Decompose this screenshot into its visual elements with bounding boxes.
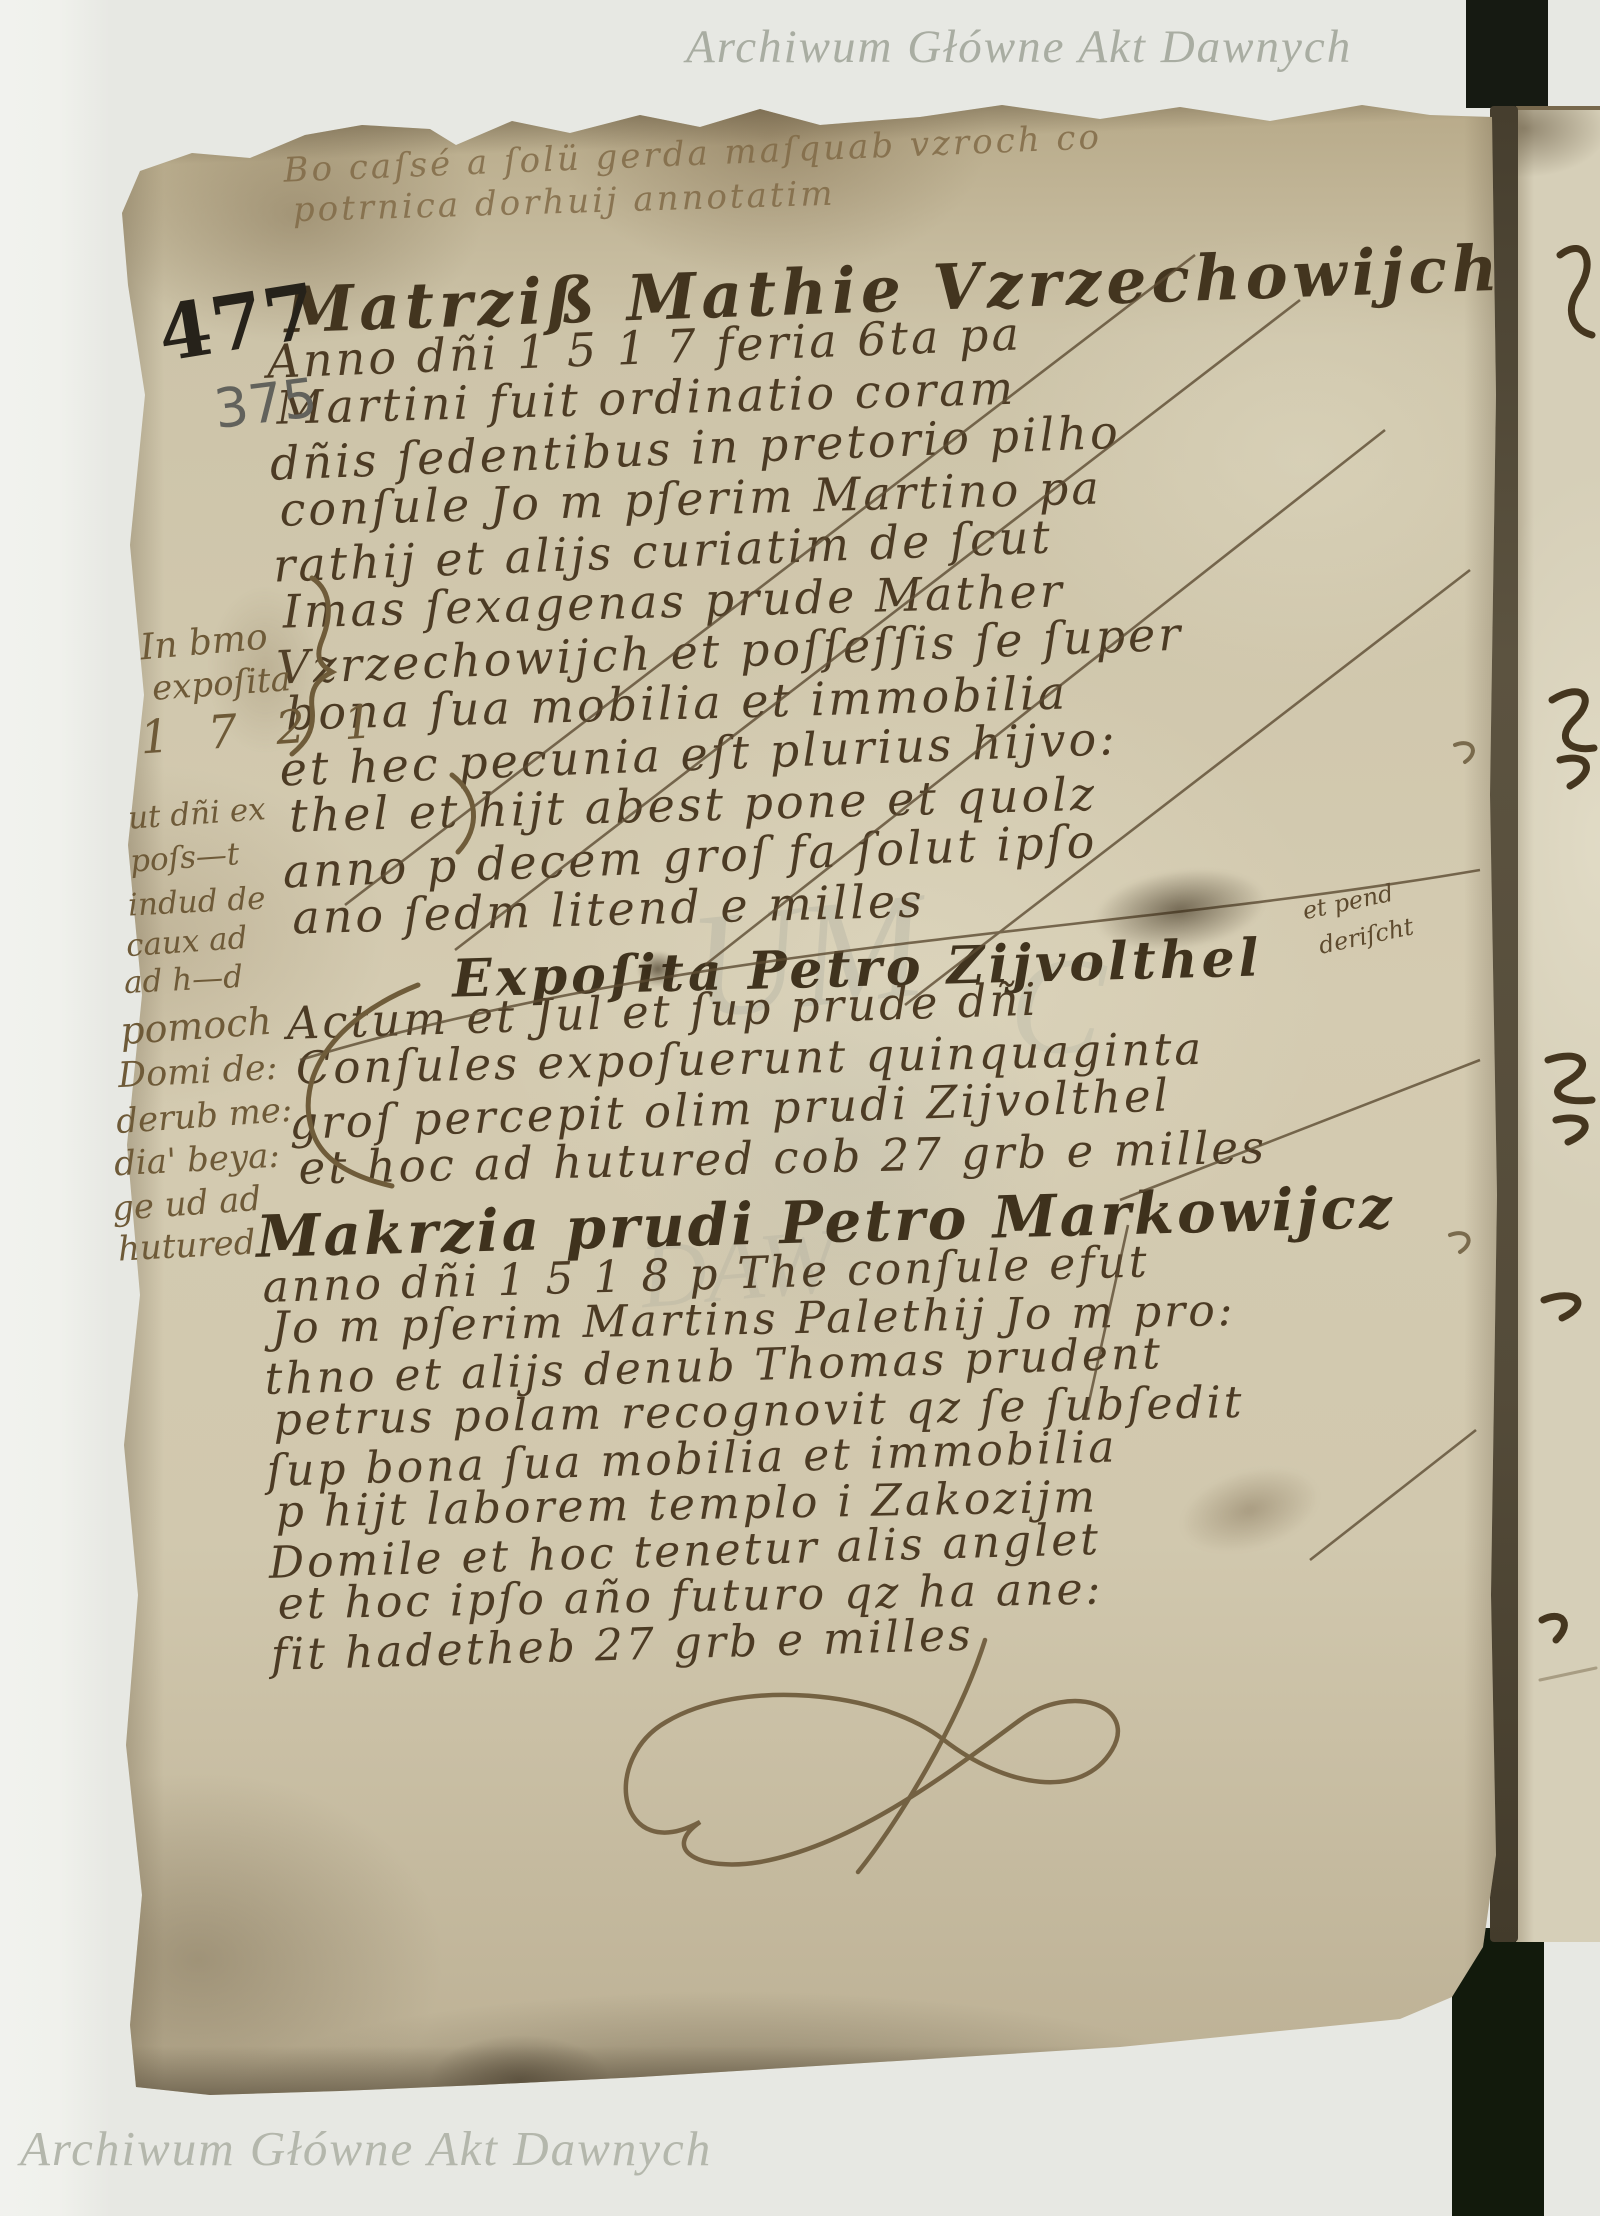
archive-scan-view: { "watermarks": { "top_text": "Archiwum … bbox=[0, 0, 1600, 2216]
adjacent-page-edge bbox=[1516, 106, 1600, 1942]
folio-number-pencil: 375 bbox=[211, 366, 321, 441]
margin-note: hutured bbox=[117, 1222, 256, 1269]
margin-note: Domi de: bbox=[117, 1048, 278, 1096]
black-strip-top bbox=[1466, 0, 1548, 108]
entry2-body: anno dñi 1 5 1 8 p The conſule efut Jo m… bbox=[262, 1240, 1242, 1676]
watermark-bottom: Archiwum Główne Akt Dawnych bbox=[20, 2120, 712, 2177]
entry1-body: Anno dñi 1 5 1 7 feria 6ta pa Martini fu… bbox=[266, 306, 1192, 946]
margin-note: poſs—t bbox=[129, 836, 241, 880]
margin-note: ad h—d bbox=[123, 959, 244, 1001]
margin-note: indud de bbox=[127, 880, 266, 923]
subentry-body: Actum et Jul et ſup prude dñi Conſules e… bbox=[286, 971, 1260, 1196]
watermark-top: Archiwum Główne Akt Dawnych bbox=[686, 20, 1352, 74]
